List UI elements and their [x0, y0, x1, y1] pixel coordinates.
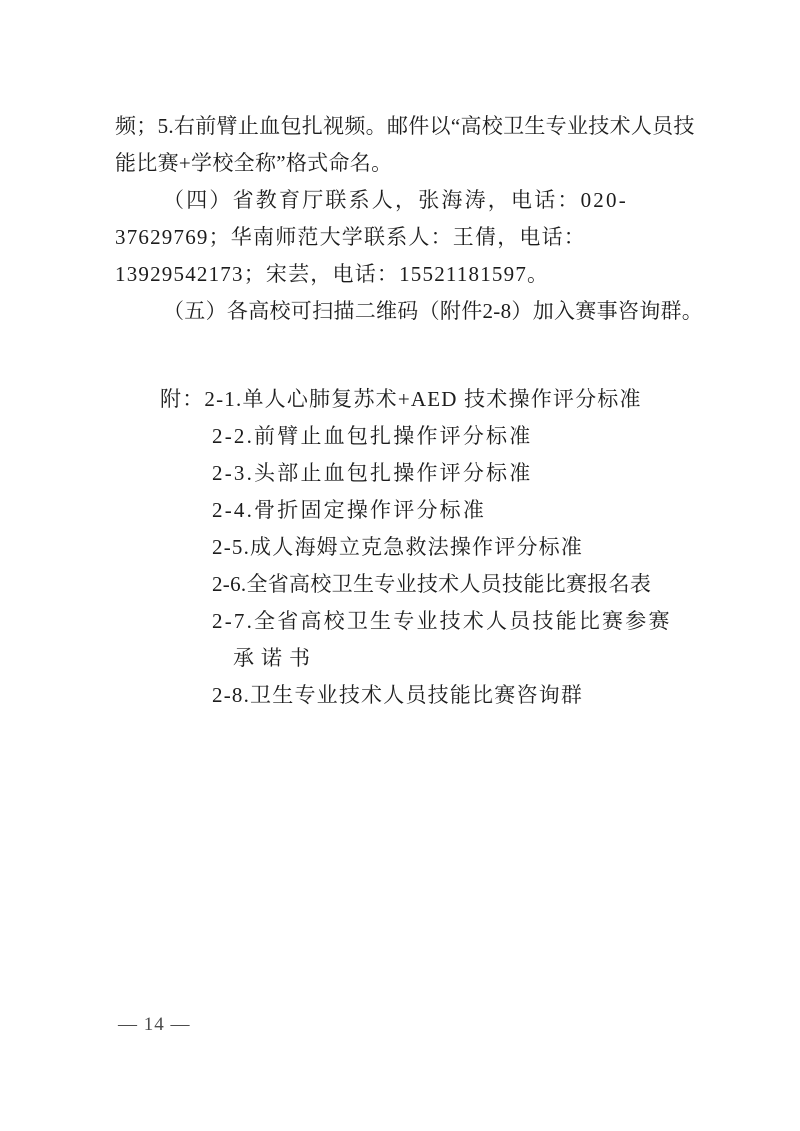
attachment-item-3: 2-3.头部止血包扎操作评分标准: [212, 455, 725, 492]
paragraph-four-line-3: 13929542173；宋芸，电话：15521181597。: [115, 256, 725, 293]
attachment-item-7-line-1: 2-7.全省高校卫生专业技术人员技能比赛参赛: [212, 603, 725, 640]
page-number: — 14 —: [118, 1008, 191, 1042]
vertical-spacer: [115, 330, 725, 381]
body-line-continuation-1: 频；5.右前臂止血包扎视频。邮件以“高校卫生专业技术人员技: [115, 108, 725, 145]
document-page: 频；5.右前臂止血包扎视频。邮件以“高校卫生专业技术人员技 能比赛+学校全称”格…: [0, 0, 800, 1131]
attachment-label: 附：: [160, 387, 204, 411]
attachment-item-5: 2-5.成人海姆立克急救法操作评分标准: [212, 529, 725, 566]
attachment-item-4: 2-4.骨折固定操作评分标准: [212, 492, 725, 529]
attachment-item-1: 2-1.单人心肺复苏术+AED 技术操作评分标准: [204, 387, 641, 411]
attachment-item-7-line-2: 承诺书: [233, 640, 725, 677]
attachment-item-2: 2-2.前臂止血包扎操作评分标准: [212, 418, 725, 455]
attachment-line-1: 附：2-1.单人心肺复苏术+AED 技术操作评分标准: [160, 381, 725, 418]
paragraph-five-line: （五）各高校可扫描二维码（附件2-8）加入赛事咨询群。: [163, 293, 725, 330]
body-line-continuation-2: 能比赛+学校全称”格式命名。: [115, 145, 725, 182]
paragraph-four-line-1: （四）省教育厅联系人，张海涛，电话：020-: [163, 182, 725, 219]
attachment-item-6: 2-6.全省高校卫生专业技术人员技能比赛报名表: [212, 566, 725, 603]
attachment-item-8: 2-8.卫生专业技术人员技能比赛咨询群: [212, 677, 725, 714]
paragraph-four-line-2: 37629769；华南师范大学联系人：王倩，电话：: [115, 219, 725, 256]
document-body: 频；5.右前臂止血包扎视频。邮件以“高校卫生专业技术人员技 能比赛+学校全称”格…: [115, 108, 725, 714]
